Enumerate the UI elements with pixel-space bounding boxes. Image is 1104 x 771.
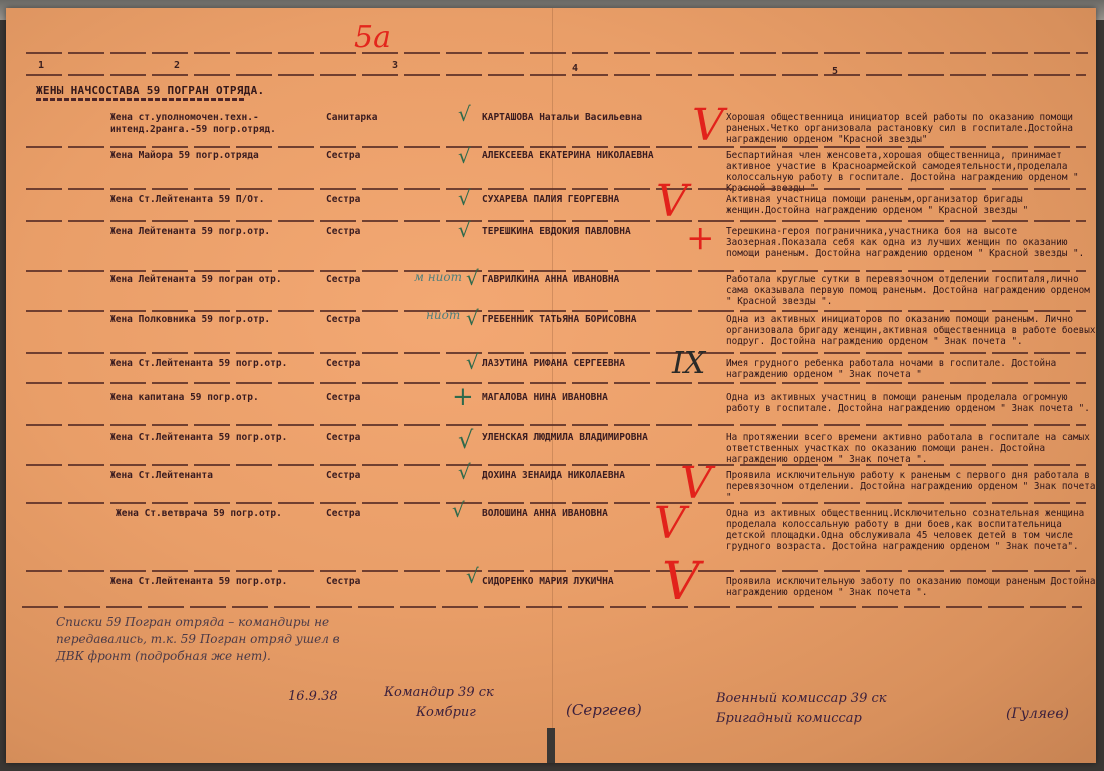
relation-cell: Жена Лейтенанта 59 погр.отр. — [110, 226, 320, 238]
red-check-icon: V — [656, 180, 688, 224]
row-divider — [26, 352, 1086, 354]
column-number-2: 2 — [174, 60, 180, 71]
signature-right-name: (Гуляев) — [1006, 706, 1069, 723]
row-divider — [26, 188, 1086, 190]
relation-cell: Жена капитана 59 погр.отр. — [110, 392, 320, 404]
column-number-4: 4 — [572, 63, 578, 74]
signature-left-name: (Сергеев) — [566, 702, 642, 719]
column-number-1: 1 — [38, 60, 44, 71]
row-divider — [26, 310, 1086, 312]
role-cell: Сестра — [326, 508, 416, 520]
relation-cell: Жена ст.уполномочен.техн.-интенд.2ранга.… — [110, 112, 320, 136]
check-mark-icon: √ — [458, 144, 471, 168]
relation-cell: Жена Ст.ветврача 59 погр.отр. — [116, 508, 326, 520]
description-cell: Терешкина-героя пограничника,участника б… — [726, 226, 1096, 259]
row-divider — [26, 502, 1086, 504]
name-cell: ГАВРИЛКИНА АННА ИВАНОВНА — [482, 274, 722, 286]
relation-cell: Жена Ст.Лейтенанта 59 погр.отр. — [110, 358, 320, 370]
description-cell: Имея грудного ребенка работала ночами в … — [726, 358, 1096, 380]
pencil-note: м ниот — [414, 270, 462, 284]
row-divider — [26, 570, 1086, 572]
check-mark-icon: √ — [458, 102, 471, 126]
description-cell: На протяжении всего времени активно рабо… — [726, 432, 1096, 465]
black-mark-icon: IX — [672, 346, 705, 381]
document-date: 16.9.38 — [288, 688, 338, 705]
pencil-note: ниот — [426, 308, 460, 322]
page-number: 5а — [354, 20, 391, 55]
relation-cell: Жена Лейтенанта 59 погран отр. — [110, 274, 320, 286]
signature-left-rank: Комбриг — [416, 704, 476, 721]
role-cell: Сестра — [326, 194, 416, 206]
check-mark-icon: √ — [466, 350, 479, 374]
row-divider — [26, 220, 1086, 222]
relation-cell: Жена Полковника 59 погр.отр. — [110, 314, 320, 326]
name-cell: МАГАЛОВА НИНА ИВАНОВНА — [482, 392, 722, 404]
role-cell: Сестра — [326, 314, 416, 326]
red-check-icon: V — [692, 104, 724, 148]
check-mark-icon: √ — [458, 186, 471, 210]
role-cell: Сестра — [326, 226, 416, 238]
row-divider — [26, 424, 1086, 426]
name-cell: ГРЕБЕННИК ТАТЬЯНА БОРИСОВНА — [482, 314, 722, 326]
description-cell: Активная участница помощи раненым,органи… — [726, 194, 1096, 216]
check-mark-icon: √ — [458, 426, 473, 454]
role-cell: Сестра — [326, 470, 416, 482]
description-cell: Проявила исключительную заботу по оказан… — [726, 576, 1096, 598]
name-cell: КАРТАШОВА Натальи Васильевна — [482, 112, 722, 124]
section-title: ЖЕНЫ НАЧСОСТАВА 59 ПОГРАН ОТРЯДА. — [36, 84, 264, 97]
role-cell: Сестра — [326, 576, 416, 588]
row-divider — [22, 606, 1082, 608]
role-cell: Сестра — [326, 150, 416, 162]
relation-cell: Жена Ст.Лейтенанта 59 погр.отр. — [110, 432, 320, 444]
row-divider — [26, 382, 1086, 384]
section-title-underline — [36, 98, 244, 101]
role-cell: Санитарка — [326, 112, 416, 124]
check-mark-icon: √ — [452, 498, 465, 522]
column-number-3: 3 — [392, 60, 398, 71]
paper-tear — [547, 728, 555, 763]
description-cell: Одна из активных участниц в помощи ранен… — [726, 392, 1096, 414]
description-cell: Хорошая общественница инициатор всей раб… — [726, 112, 1096, 145]
red-check-icon: V — [662, 560, 700, 604]
row-divider — [26, 146, 1086, 148]
check-mark-icon: √ — [466, 564, 479, 588]
row-divider — [26, 464, 1086, 466]
check-mark-icon: √ — [466, 306, 479, 330]
role-cell: Сестра — [326, 392, 416, 404]
description-cell: Проявила исключительную работу к раненым… — [726, 470, 1096, 503]
relation-cell: Жена Ст.Лейтенанта 59 погр.отр. — [110, 576, 320, 588]
description-cell: Одна из активных инициаторов по оказанию… — [726, 314, 1096, 347]
check-mark-icon: √ — [466, 266, 479, 290]
description-cell: Работала круглые сутки в перевязочном от… — [726, 274, 1096, 307]
description-cell: Одна из активных общественниц.Исключител… — [726, 508, 1096, 552]
role-cell: Сестра — [326, 358, 416, 370]
relation-cell: Жена Майора 59 погр.отряда — [110, 150, 320, 162]
role-cell: Сестра — [326, 432, 416, 444]
signature-right-title: Военный комиссар 39 ск — [716, 690, 887, 707]
plus-mark-icon: + — [452, 382, 474, 412]
red-plus-icon: + — [686, 216, 715, 260]
signature-left-title: Командир 39 ск — [384, 684, 494, 701]
name-cell: УЛЕНСКАЯ ЛЮДМИЛА ВЛАДИМИРОВНА — [482, 432, 722, 444]
relation-cell: Жена Ст.Лейтенанта 59 П/От. — [110, 194, 320, 206]
header-rule-top — [26, 52, 1088, 54]
name-cell: ВОЛОШИНА АННА ИВАНОВНА — [482, 508, 722, 520]
document-page: 5а 1 2 3 4 5 ЖЕНЫ НАЧСОСТАВА 59 ПОГРАН О… — [6, 8, 1096, 763]
name-cell: АЛЕКСЕЕВА ЕКАТЕРИНА НИКОЛАЕВНА — [482, 150, 722, 162]
check-mark-icon: √ — [458, 460, 471, 484]
row-divider — [26, 270, 1086, 272]
red-check-icon: V — [654, 502, 686, 546]
header-rule-bottom — [26, 74, 1086, 76]
signature-right-rank: Бригадный комиссар — [716, 710, 862, 727]
role-cell: Сестра — [326, 274, 416, 286]
handwritten-note: Списки 59 Погран отряда – командиры не п… — [56, 614, 356, 665]
check-mark-icon: √ — [458, 218, 471, 242]
relation-cell: Жена Ст.Лейтенанта — [110, 470, 320, 482]
